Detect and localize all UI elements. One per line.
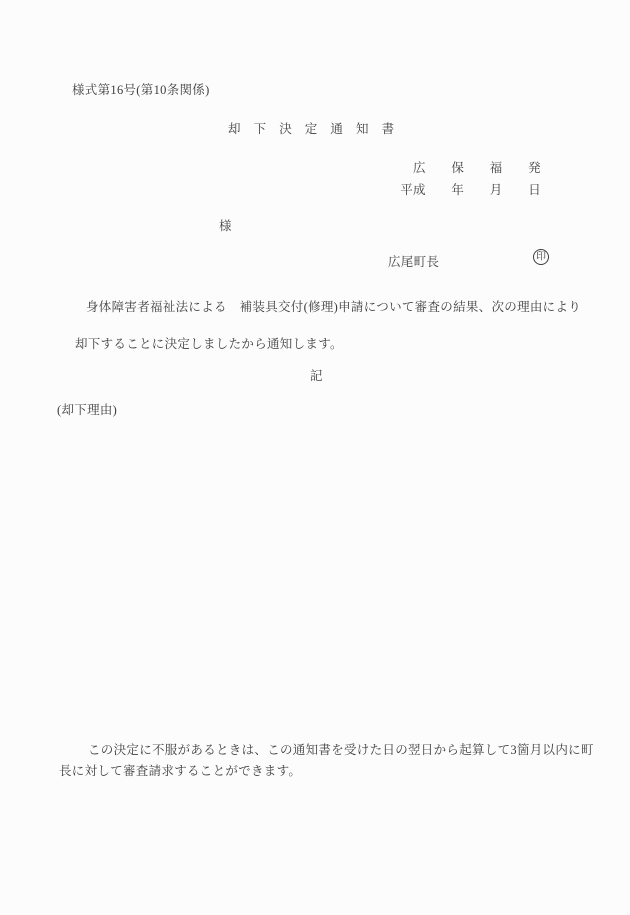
record-marker: 記 bbox=[310, 370, 323, 383]
form-number: 様式第16号(第10条関係) bbox=[72, 84, 210, 97]
body-paragraph-line-1: 身体障害者福祉法による 補装具交付(修理)申請について審査の結果、次の理由により bbox=[86, 301, 581, 314]
sender-title: 広尾町長 bbox=[388, 256, 439, 269]
appeal-note-line-2: 長に対して審査請求することができます。 bbox=[59, 765, 301, 778]
addressee-honorific: 様 bbox=[219, 220, 232, 233]
seal-character: 印 bbox=[536, 253, 546, 263]
body-paragraph-line-2: 却下することに決定しましたから通知します。 bbox=[75, 338, 343, 351]
document-title: 却 下 決 定 通 知 書 bbox=[228, 123, 394, 136]
issuer-code-line: 広 保 福 発 bbox=[413, 162, 541, 175]
seal-stamp-icon: 印 bbox=[533, 249, 549, 265]
rejection-reason-label: (却下理由) bbox=[57, 404, 117, 417]
appeal-note-line-1: この決定に不服があるときは、この通知書を受けた日の翌日から起算して3箇月以内に町 bbox=[88, 744, 594, 757]
issue-date-line: 平成 年 月 日 bbox=[400, 184, 541, 197]
document-page: 様式第16号(第10条関係) 却 下 決 定 通 知 書 広 保 福 発 平成 … bbox=[0, 0, 630, 915]
